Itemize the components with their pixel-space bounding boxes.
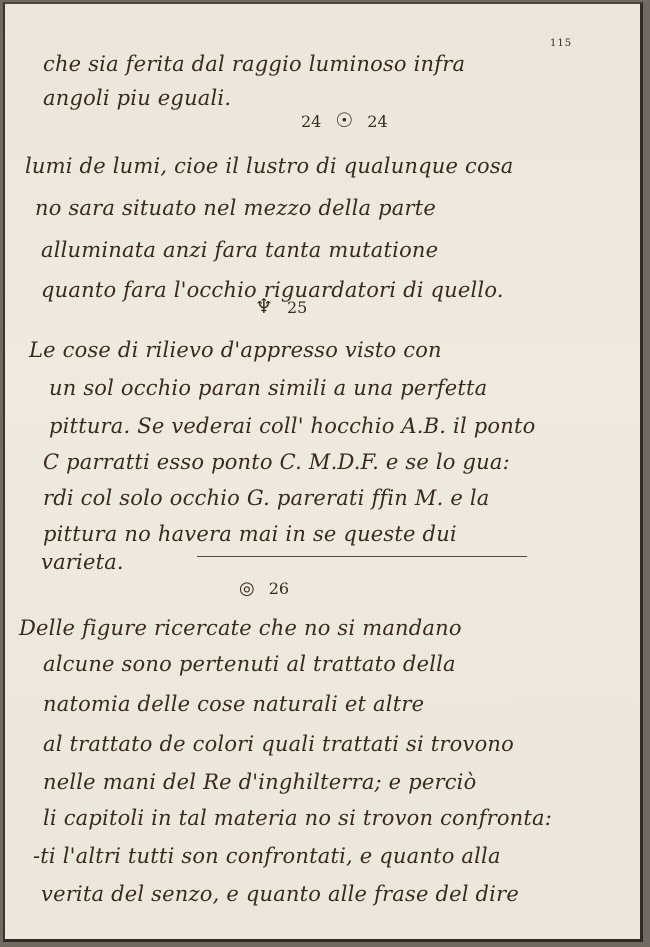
text-line: varieta. [41,550,124,574]
sun-symbol-icon: ☉ [335,108,353,132]
circle-symbol-icon: ◎ [239,578,255,599]
divider-line [197,556,527,557]
text-line: alluminata anzi fara tanta mutatione [41,238,438,262]
text-line: un sol occhio paran simili a una perfett… [49,376,487,400]
text-line: lumi de lumi, cioe il lustro di qualunqu… [25,154,514,178]
text-line: C parratti esso ponto C. M.D.F. e se lo … [43,450,510,474]
text-line: nelle mani del Re d'inghilterra; e perci… [43,770,476,794]
text-line: -ti l'altri tutti son confrontati, e qua… [33,844,501,868]
text-line: verita del senzo, e quanto alle frase de… [41,882,519,906]
section-number: 25 [287,298,307,317]
text-line: Delle figure ricercate che no si mandano [19,616,462,640]
text-line: pittura. Se vederai coll' hocchio A.B. i… [49,414,535,438]
text-line: no sara situato nel mezzo della parte [35,196,436,220]
text-line: al trattato de colori quali trattati si … [43,732,514,756]
folio-number: 115 [550,38,572,49]
section-heading-25: ♆25 [255,294,307,318]
section-number: 24 [367,112,387,131]
text-line: che sia ferita dal raggio luminoso infra [43,52,465,76]
section-heading-24: 24☉24 [301,108,388,132]
manuscript-page: 115 che sia ferita dal raggio luminoso i… [3,2,643,942]
section-heading-26: ◎26 [239,578,289,599]
section-number: 26 [269,579,289,598]
text-line: pittura no havera mai in se queste dui [43,522,457,546]
text-line: li capitoli in tal materia no si trovon … [43,806,552,830]
text-line: rdi col solo occhio G. parerati ffin M. … [43,486,490,510]
section-number: 24 [301,112,321,131]
cross-symbol-icon: ♆ [255,294,273,318]
text-line: alcune sono pertenuti al trattato della [43,652,456,676]
text-line: Le cose di rilievo d'appresso visto con [29,338,442,362]
text-line: angoli piu eguali. [43,86,231,110]
text-line: natomia delle cose naturali et altre [43,692,424,716]
